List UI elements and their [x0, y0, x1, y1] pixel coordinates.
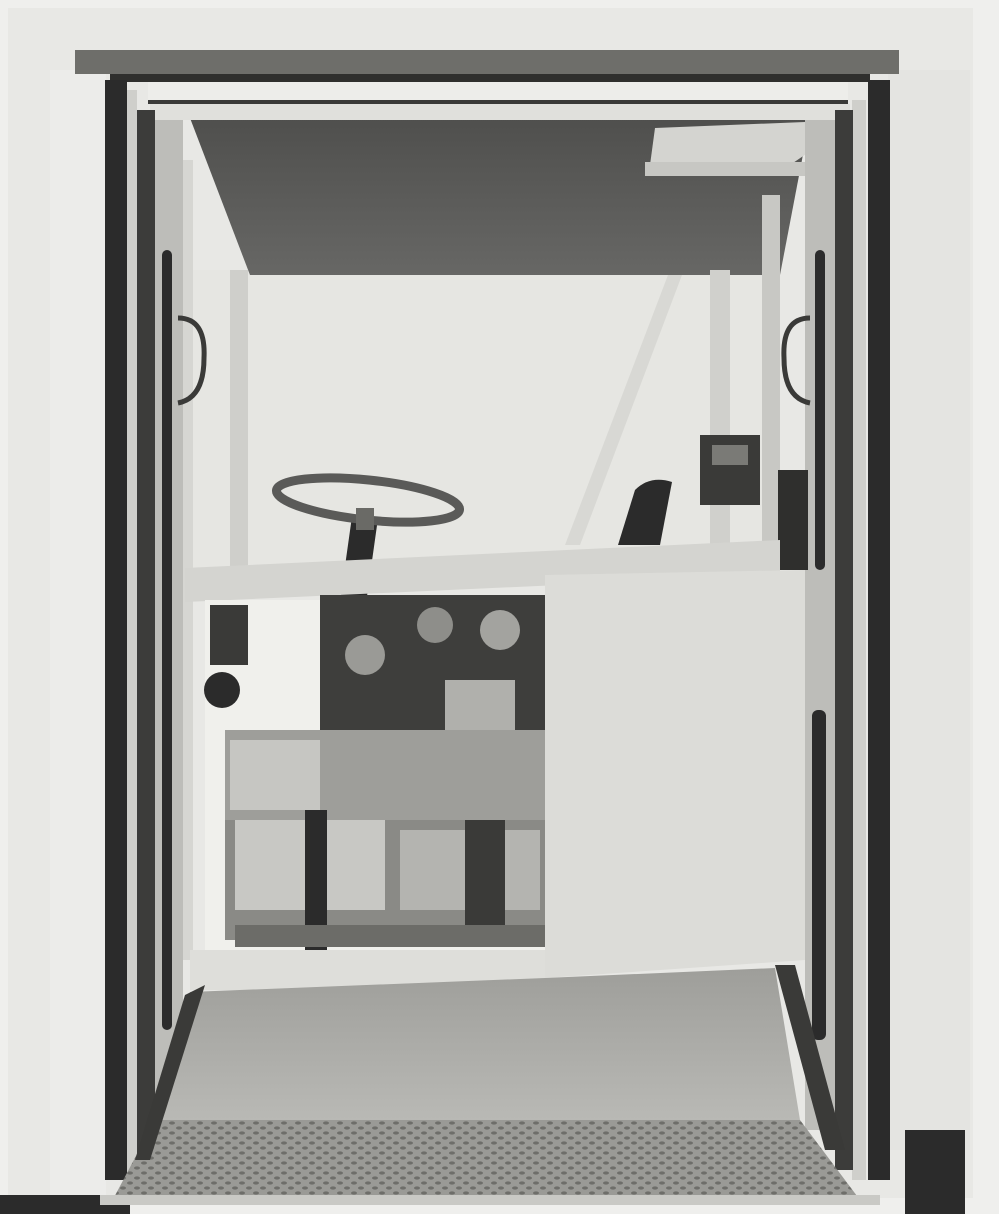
- back-wall: [190, 270, 780, 570]
- floor: [155, 968, 800, 1120]
- checker-plate-floor: [110, 1120, 860, 1205]
- bench-panel: [545, 570, 805, 978]
- cab-photograph: [0, 0, 999, 1214]
- engine: [204, 595, 550, 960]
- door-header: [75, 50, 899, 120]
- ceiling-lamp-icon: [645, 122, 812, 176]
